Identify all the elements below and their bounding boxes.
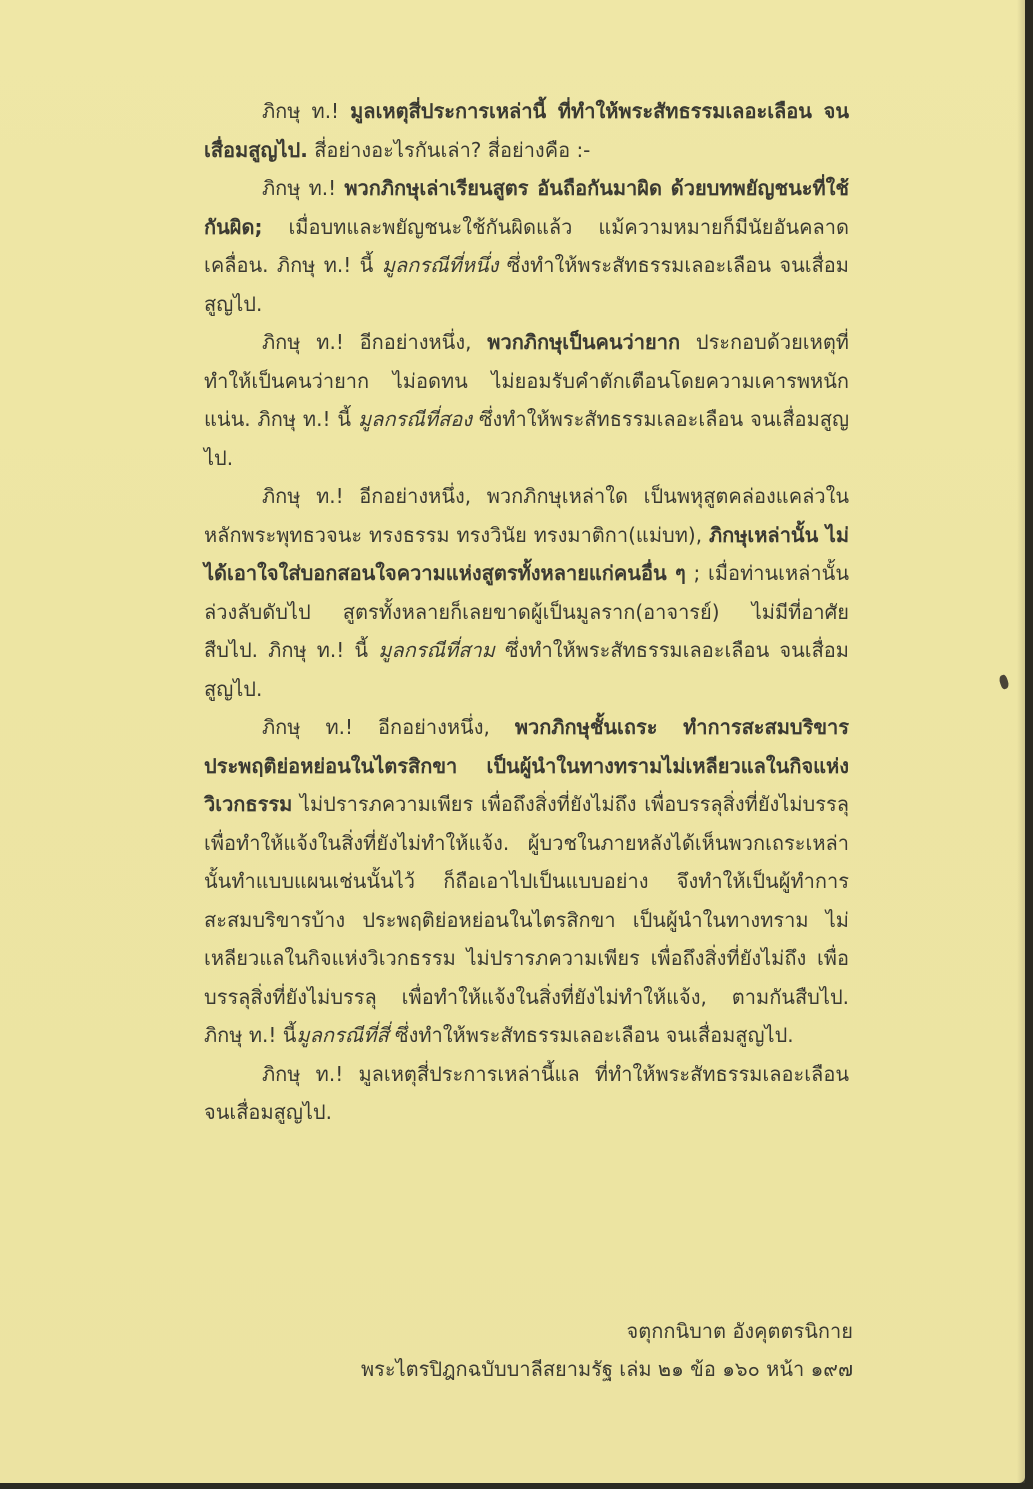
paragraph-cause-1: ภิกษุ ท.! พวกภิกษุเล่าเรียนสูตร อันถือกั… xyxy=(204,169,849,323)
text-span: ซึ่งทำให้พระสัทธรรมเลอะเลือน จนเสื่อมสูญ… xyxy=(389,1023,794,1047)
text-span: ภิกษุ ท.! xyxy=(262,99,350,123)
paper-stain-mark xyxy=(998,674,1010,690)
text-span: ภิกษุ ท.! xyxy=(262,176,344,200)
emphasis-italic: มูลกรณีที่สี่ xyxy=(296,1023,388,1047)
paragraph-cause-3: ภิกษุ ท.! อีกอย่างหนึ่ง, พวกภิกษุเหล่าใด… xyxy=(204,477,849,708)
citation-collection: จตุกกนิบาต อังคุตตรนิกาย xyxy=(361,1312,853,1350)
text-span: ไม่ปรารภความเพียร เพื่อถึงสิ่งที่ยังไม่ถ… xyxy=(204,792,849,1047)
text-span: ภิกษุ ท.! อีกอย่างหนึ่ง, xyxy=(262,715,515,739)
text-span: ภิกษุ ท.! มูลเหตุสี่ประการเหล่านี้แล ที่… xyxy=(204,1062,849,1125)
emphasis-italic: มูลกรณีที่สาม xyxy=(378,638,495,662)
body-text: ภิกษุ ท.! มูลเหตุสี่ประการเหล่านี้ ที่ทำ… xyxy=(204,92,849,1132)
paragraph-cause-2: ภิกษุ ท.! อีกอย่างหนึ่ง, พวกภิกษุเป็นคนว… xyxy=(204,323,849,477)
book-page: ภิกษุ ท.! มูลเหตุสี่ประการเหล่านี้ ที่ทำ… xyxy=(0,0,1025,1483)
paragraph-cause-4: ภิกษุ ท.! อีกอย่างหนึ่ง, พวกภิกษุชั้นเถร… xyxy=(204,708,849,1055)
text-span: สี่อย่างอะไรกันเล่า? สี่อย่างคือ :- xyxy=(308,138,591,162)
emphasis-italic: มูลกรณีที่หนึ่ง xyxy=(382,253,499,277)
emphasis-italic: มูลกรณีที่สอง xyxy=(358,407,472,431)
paragraph-intro: ภิกษุ ท.! มูลเหตุสี่ประการเหล่านี้ ที่ทำ… xyxy=(204,92,849,169)
emphasis-bold: พวกภิกษุเป็นคนว่ายาก xyxy=(487,330,680,354)
text-span: ภิกษุ ท.! อีกอย่างหนึ่ง, xyxy=(262,330,487,354)
paragraph-conclusion: ภิกษุ ท.! มูลเหตุสี่ประการเหล่านี้แล ที่… xyxy=(204,1055,849,1132)
citation-reference: พระไตรปิฎกฉบับบาลีสยามรัฐ เล่ม ๒๑ ข้อ ๑๖… xyxy=(361,1350,853,1388)
source-citation: จตุกกนิบาต อังคุตตรนิกาย พระไตรปิฎกฉบับบ… xyxy=(361,1312,853,1388)
